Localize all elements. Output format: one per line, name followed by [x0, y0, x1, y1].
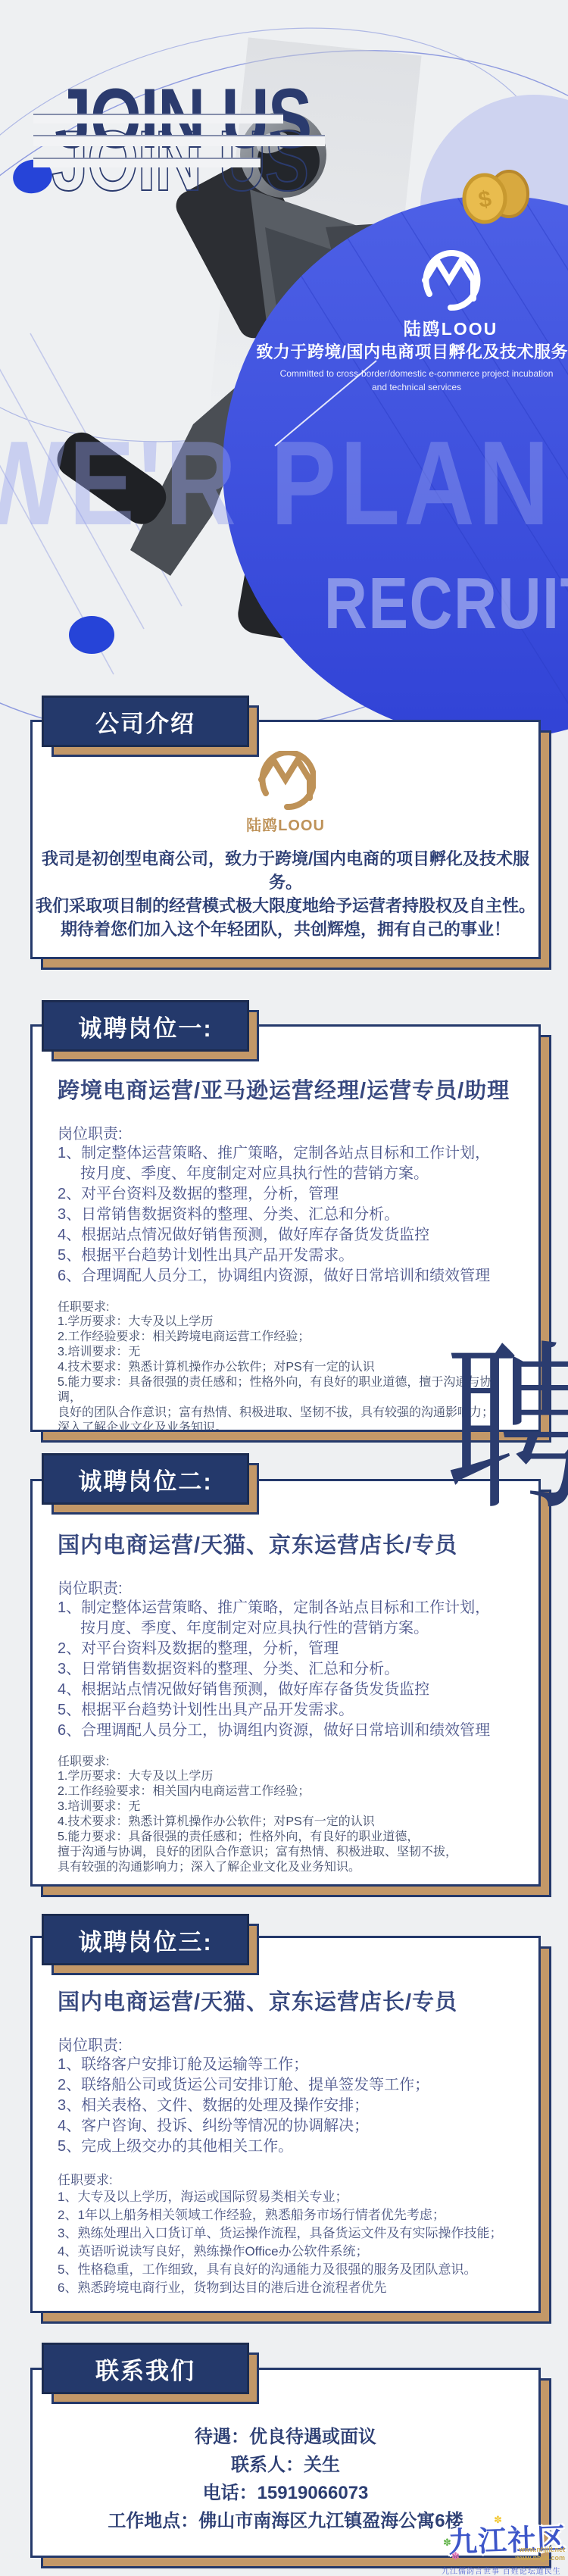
site-watermark-url: www.nhjjlt.net [476, 2546, 565, 2553]
req-line: 1、大专及以上学历，海运或国际贸易类相关专业； [58, 2188, 513, 2206]
duty-line: 4、客户咨询、投诉、纠纷等情况的协调解决； [58, 2116, 513, 2137]
duty-line: 6、合理调配人员分工，协调组内资源，做好日常培训和绩效管理 [58, 1721, 513, 1741]
job2-badge: 诚聘岗位二: [42, 1453, 249, 1505]
duty-line: 6、合理调配人员分工，协调组内资源，做好日常培训和绩效管理 [58, 1266, 513, 1286]
duty-line: 2、对平台资料及数据的整理，分析，管理 [58, 1639, 513, 1659]
duty-line: 3、日常销售数据资料的整理、分类、汇总和分析。 [58, 1659, 513, 1680]
job3-badge: 诚聘岗位三: [42, 1914, 249, 1965]
company-intro-line: 期待着您们加入这个年轻团队，共创辉煌，拥有自己的事业！ [33, 918, 538, 941]
job3-card: 国内电商运营/天猫、京东运营店长/专员 岗位职责: 1、联络客户安排订舱及运输等… [30, 1936, 541, 2313]
coin-icons: $ [464, 171, 528, 222]
duty-line: 按月度、季度、年度制定对应具执行性的营销方案。 [58, 1618, 513, 1639]
contact-badge: 联系我们 [42, 2343, 249, 2394]
flower-icon: ✽ [443, 2537, 451, 2549]
phone-line: 电话：15919066073 [33, 2479, 538, 2507]
req-line: 3.培训要求：无 [58, 1799, 513, 1815]
company-intro-line: 我们采取项目制的经营模式极大限度地给予运营者持股权及自主性。 [33, 894, 538, 918]
company-logo-text: 陆鸥LOOU [246, 813, 325, 835]
contact-person-line: 联系人：关生 [33, 2451, 538, 2479]
job1-badge: 诚聘岗位一: [42, 1000, 249, 1052]
duty-line: 4、根据站点情况做好销售预测，做好库存备货发货监控 [58, 1225, 513, 1246]
req-line: 6、熟悉跨境电商行业，货物到达目的港后进仓流程者优先 [58, 2279, 513, 2297]
duty-line: 3、日常销售数据资料的整理、分类、汇总和分析。 [58, 1205, 513, 1225]
req-line: 擅于沟通与协调，良好的团队合作意识；富有热情、积极进取、坚韧不拔， [58, 1845, 513, 1860]
pin-stamp-character: 聘 [445, 1340, 568, 1521]
duty-line: 1、制定整体运营策略、推广策略，定制各站点目标和工作计划， [58, 1598, 513, 1618]
duty-line: 1、制定整体运营策略、推广策略，定制各站点目标和工作计划， [58, 1143, 513, 1164]
job2-card: 国内电商运营/天猫、京东运营店长/专员 岗位职责: 1、制定整体运营策略、推广策… [30, 1479, 541, 1887]
duty-line: 2、对平台资料及数据的整理，分析，管理 [58, 1184, 513, 1205]
job2-req-label: 任职要求: [58, 1752, 513, 1769]
req-line: 4.技术要求：熟悉计算机操作办公软件；对PS有一定的认识 [58, 1815, 513, 1830]
job1-title: 跨境电商运营/亚马逊运营经理/运营专员/助理 [58, 1074, 513, 1105]
duty-line: 3、相关表格、文件、数据的处理及操作安排； [58, 2096, 513, 2116]
flower-icon: ✽ [494, 2514, 502, 2526]
req-line: 4、英语听说读写良好，熟练操作Office办公软件系统； [58, 2243, 513, 2261]
recruitment-poster: $ JOIN US JOIN US WE'R PLAN RECRUITMENT … [0, 0, 568, 2576]
job1-duties-label: 岗位职责: [58, 1121, 513, 1143]
duty-line: 按月度、季度、年度制定对应具执行性的营销方案。 [58, 1164, 513, 1184]
blue-dot [69, 616, 114, 654]
glitch-stripe [33, 114, 283, 123]
req-line: 5、性格稳重，工作细致，具有良好的沟通能力及很强的服务及团队意识。 [58, 2261, 513, 2279]
duty-line: 2、联络船公司或货运公司安排订舱、提单签发等工作； [58, 2075, 513, 2096]
job3-req-label: 任职要求: [58, 2169, 513, 2188]
flower-icon: ✽ [451, 2550, 460, 2562]
site-watermark-slogan: 九江儒韵言世事 百姓论坛道民生 [442, 2565, 566, 2576]
company-intro: 我司是初创型电商公司，致力于跨境/国内电商的项目孵化及技术服务。 我们采取项目制… [33, 847, 538, 941]
duty-line: 5、完成上级交办的其他相关工作。 [58, 2137, 513, 2157]
job3-duties-label: 岗位职责: [58, 2033, 513, 2055]
company-badge: 公司介绍 [42, 696, 249, 747]
brand-tagline-en-line1: Committed to cross-border/domestic e-com… [265, 368, 568, 379]
glitch-stripe [33, 135, 325, 146]
req-line: 2、1年以上船务相关领域工作经验，熟悉船务市场行情者优先考虑； [58, 2206, 513, 2224]
duty-line: 5、根据平台趋势计划性出具产品开发需求。 [58, 1700, 513, 1721]
req-line: 具有较强的沟通影响力；深入了解企业文化及业务知识。 [58, 1860, 513, 1875]
brand-tagline: 致力于跨境/国内电商项目孵化及技术服务 [189, 339, 568, 363]
brand-tagline-en-line2: and technical services [265, 382, 568, 392]
duty-line: 5、根据平台趋势计划性出具产品开发需求。 [58, 1246, 513, 1266]
company-intro-line: 我司是初创型电商公司，致力于跨境/国内电商的项目孵化及技术服务。 [33, 847, 538, 894]
req-line: 2.工作经验要求：相关国内电商运营工作经验； [58, 1784, 513, 1799]
duty-line: 4、根据站点情况做好销售预测，做好库存备货发货监控 [58, 1680, 513, 1700]
job2-duties-label: 岗位职责: [58, 1576, 513, 1598]
brand-name: 陆鸥LOOU [341, 315, 560, 340]
req-line: 3、熟练处理出入口货订单、货运操作流程，具备货运文件及有实际操作技能； [58, 2224, 513, 2243]
site-watermark-url: www.nhjjlt.com [476, 2554, 565, 2562]
watermark-recruitment-text: RECRUITMENT [324, 562, 568, 646]
glitch-stripe [33, 158, 261, 167]
req-line: 5.能力要求：具备很强的责任感和；性格外向，有良好的职业道德， [58, 1830, 513, 1845]
watermark-plan-text: WE'R PLAN [0, 415, 553, 552]
salary-line: 待遇：优良待遇或面议 [33, 2423, 538, 2451]
req-line: 1.学历要求：大专及以上学历 [58, 1769, 513, 1784]
job1-req-label: 任职要求: [58, 1297, 513, 1315]
loou-logo-gold-icon [255, 751, 316, 810]
job3-title: 国内电商运营/天猫、京东运营店长/专员 [58, 1985, 513, 2016]
duty-line: 1、联络客户安排订舱及运输等工作； [58, 2055, 513, 2075]
